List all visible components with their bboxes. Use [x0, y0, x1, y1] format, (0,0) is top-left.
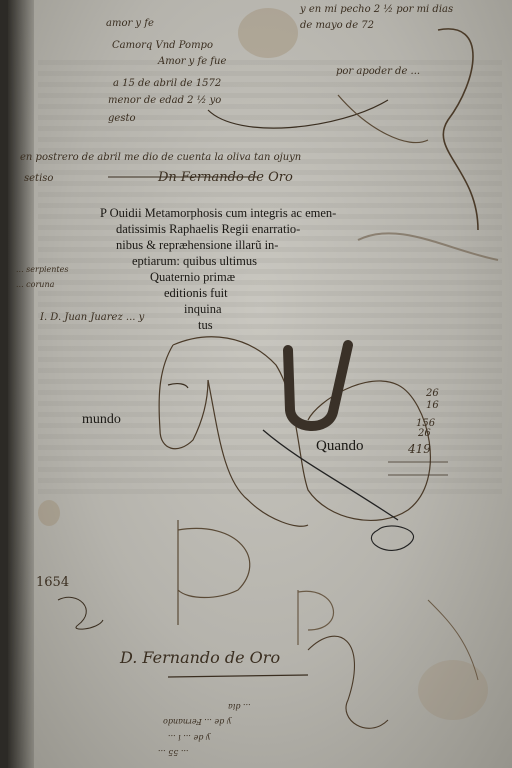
- manuscript-note: por apoder de ...: [336, 66, 420, 77]
- upside-down-note: ... dia: [228, 702, 251, 711]
- title-line: Quaternio primæ: [100, 269, 380, 285]
- spine-shadow: [8, 0, 34, 768]
- stain: [38, 500, 60, 526]
- manuscript-note: menor de edad 2 ½ yo: [108, 95, 221, 106]
- manuscript-note: Amor y fe fue: [158, 56, 226, 67]
- manuscript-note: a 15 de abril de 1572: [113, 78, 221, 89]
- title-line: eptiarum: quibus ultimus: [100, 253, 380, 269]
- year-note: 1654: [36, 575, 69, 590]
- manuscript-note: Camorq Vnd Pompo: [112, 40, 213, 51]
- upside-down-note: y de ... i ...: [168, 733, 210, 742]
- manuscript-note: de mayo de 72: [300, 20, 374, 31]
- arithmetic-line: 16: [426, 400, 439, 411]
- manuscript-note: amor y fe: [106, 18, 154, 29]
- title-line: editionis fuit: [100, 285, 380, 301]
- arithmetic-line: 26: [426, 388, 439, 399]
- upside-down-note: ... 55 ...: [158, 748, 189, 757]
- manuscript-note: y en mi pecho 2 ½ por mi dias: [300, 4, 453, 15]
- arithmetic-total: 419: [408, 442, 431, 456]
- title-line: nibus & repræhensione illarũ in-: [100, 237, 380, 253]
- signature-bottom: D. Fernando de Oro: [120, 648, 280, 667]
- signature-mid: I. D. Juan Juarez ... y: [40, 312, 144, 323]
- manuscript-note: gesto: [108, 113, 136, 124]
- printed-word-quando: Quando: [316, 438, 364, 455]
- stain: [238, 8, 298, 58]
- title-line: datissimis Raphaelis Regii enarratio-: [100, 221, 380, 237]
- upside-down-note: y de ... Fernando: [163, 717, 231, 726]
- signature-top: Dn Fernando de Oro: [158, 170, 293, 185]
- book-page: amor y fe Camorq Vnd Pompo Amor y fe fue…: [8, 0, 512, 768]
- manuscript-note: ... coruna: [16, 280, 54, 289]
- stain: [418, 660, 488, 720]
- title-line: P Ouidii Metamorphosis cum integris ac e…: [100, 205, 380, 221]
- printed-word-mundo: mundo: [82, 412, 121, 428]
- manuscript-note: en postrero de abril me dio de cuenta la…: [20, 152, 301, 163]
- arithmetic-line: 26: [418, 428, 431, 439]
- manuscript-note: setiso: [24, 173, 53, 184]
- manuscript-note: ... serpientes: [16, 265, 68, 274]
